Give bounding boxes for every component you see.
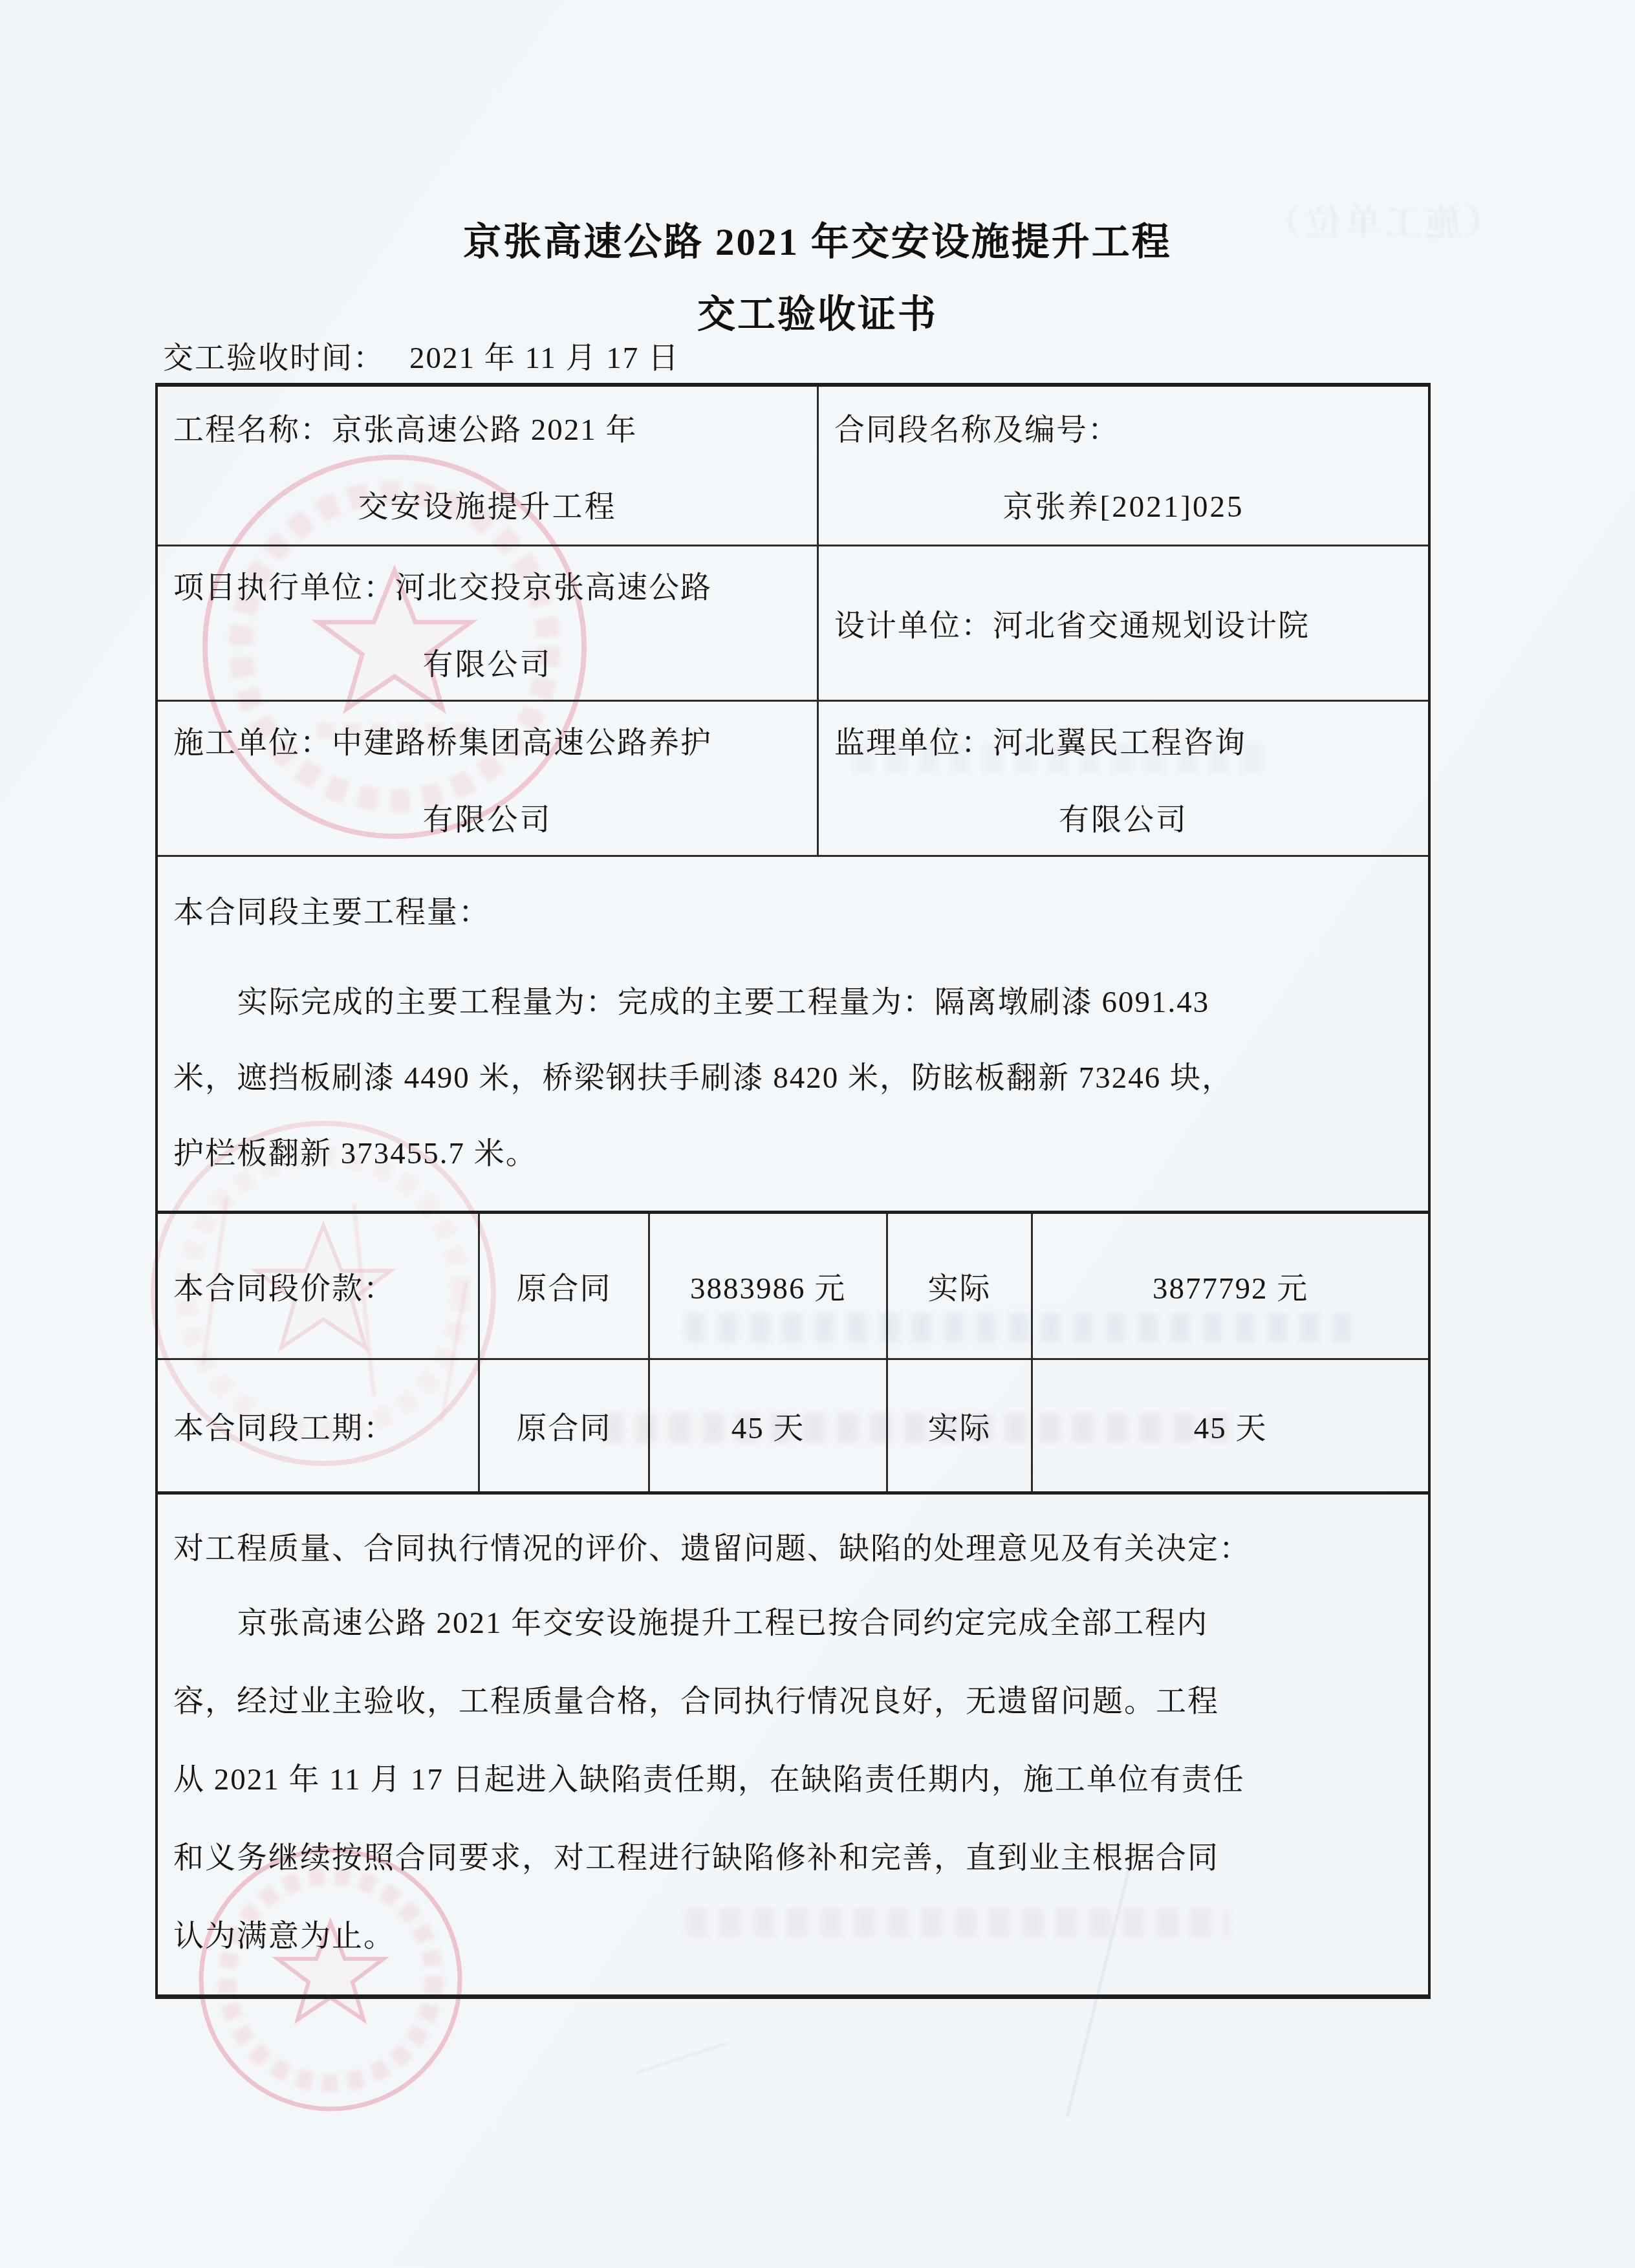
table-row-quantities: 本合同段主要工程量： 实际完成的主要工程量为：完成的主要工程量为：隔离墩刷漆 6… — [158, 855, 1428, 1211]
scanned-certificate-page: （施工单位） 京张高速公路 2021 年交安设施提升工程 交工验收证书 交工验收… — [0, 0, 1635, 2268]
duration-label-cell: 本合同段工期： — [158, 1360, 480, 1491]
evaluation-paragraph: 京张高速公路 2021 年交安设施提升工程已按合同约定完成全部工程内 容，经过业… — [173, 1584, 1411, 1976]
contract-section-label: 合同段名称及编号： — [819, 405, 1428, 449]
price-original-value-cell: 3883986 元 — [650, 1214, 888, 1358]
evaluation-line: 京张高速公路 2021 年交安设施提升工程已按合同约定完成全部工程内 — [173, 1584, 1411, 1663]
price-actual-label-cell: 实际 — [888, 1214, 1033, 1358]
quantities-line: 护栏板翻新 373455.7 米。 — [173, 1116, 1410, 1192]
evaluation-line: 认为满意为止。 — [173, 1897, 1411, 1976]
price-label-cell: 本合同段价款： — [158, 1214, 480, 1358]
evaluation-line: 容，经过业主验收，工程质量合格，合同执行情况良好，无遗留问题。工程 — [173, 1663, 1411, 1741]
certificate-table: 工程名称：京张高速公路 2021 年 交安设施提升工程 合同段名称及编号： 京张… — [155, 383, 1431, 1999]
table-row-price: 本合同段价款： 原合同 3883986 元 实际 3877792 元 — [158, 1211, 1428, 1358]
duration-actual-label-cell: 实际 — [888, 1360, 1033, 1491]
contract-section-cell: 合同段名称及编号： 京张养[2021]025 — [819, 387, 1428, 545]
executing-unit-line2: 有限公司 — [158, 640, 817, 684]
construction-unit-line1: 施工单位：中建路桥集团高速公路养护 — [158, 718, 817, 762]
table-row-duration: 本合同段工期： 原合同 45 天 实际 45 天 — [158, 1358, 1428, 1491]
quantities-label: 本合同段主要工程量： — [173, 888, 1410, 931]
table-row-executor: 项目执行单位：河北交投京张高速公路 有限公司 设计单位：河北省交通规划设计院 — [158, 545, 1428, 700]
table-row-contractor: 施工单位：中建路桥集团高速公路养护 有限公司 监理单位：河北翼民工程咨询 有限公… — [158, 700, 1428, 855]
executing-unit-cell: 项目执行单位：河北交投京张高速公路 有限公司 — [158, 546, 819, 700]
contract-section-number: 京张养[2021]025 — [819, 482, 1428, 526]
duration-original-label-cell: 原合同 — [480, 1360, 650, 1491]
project-name-cell: 工程名称：京张高速公路 2021 年 交安设施提升工程 — [158, 387, 819, 545]
executing-unit-line1: 项目执行单位：河北交投京张高速公路 — [158, 563, 817, 607]
price-actual-value-cell: 3877792 元 — [1033, 1214, 1428, 1358]
price-original-label-cell: 原合同 — [480, 1214, 650, 1358]
quantities-paragraph: 实际完成的主要工程量为：完成的主要工程量为：隔离墩刷漆 6091.43 米，遮挡… — [173, 965, 1410, 1192]
document-title: 京张高速公路 2021 年交安设施提升工程 交工验收证书 — [0, 206, 1635, 351]
document-title-line1: 京张高速公路 2021 年交安设施提升工程 — [0, 206, 1635, 278]
duration-original-value-cell: 45 天 — [650, 1360, 888, 1491]
supervision-unit-line2: 有限公司 — [819, 795, 1428, 839]
design-unit-cell: 设计单位：河北省交通规划设计院 — [819, 546, 1428, 700]
construction-unit-cell: 施工单位：中建路桥集团高速公路养护 有限公司 — [158, 702, 819, 855]
project-name-line1: 工程名称：京张高速公路 2021 年 — [158, 405, 817, 449]
supervision-unit-cell: 监理单位：河北翼民工程咨询 有限公司 — [819, 702, 1428, 855]
evaluation-cell: 对工程质量、合同执行情况的评价、遗留问题、缺陷的处理意见及有关决定： 京张高速公… — [158, 1495, 1428, 1994]
evaluation-header: 对工程质量、合同执行情况的评价、遗留问题、缺陷的处理意见及有关决定： — [173, 1524, 1411, 1568]
evaluation-line: 从 2021 年 11 月 17 日起进入缺陷责任期，在缺陷责任期内，施工单位有… — [173, 1741, 1411, 1819]
table-row-project: 工程名称：京张高速公路 2021 年 交安设施提升工程 合同段名称及编号： 京张… — [158, 387, 1428, 545]
acceptance-time-value: 2021 年 11 月 17 日 — [409, 341, 680, 375]
evaluation-line: 和义务继续按照合同要求，对工程进行缺陷修补和完善，直到业主根据合同 — [173, 1819, 1411, 1897]
project-name-line2: 交安设施提升工程 — [158, 482, 817, 526]
acceptance-time-label: 交工验收时间： — [163, 341, 385, 375]
supervision-unit-line1: 监理单位：河北翼民工程咨询 — [819, 718, 1428, 762]
acceptance-time-line: 交工验收时间：2021 年 11 月 17 日 — [163, 334, 680, 377]
construction-unit-line2: 有限公司 — [158, 795, 817, 839]
duration-actual-value-cell: 45 天 — [1033, 1360, 1428, 1491]
quantities-line: 米，遮挡板刷漆 4490 米，桥梁钢扶手刷漆 8420 米，防眩板翻新 7324… — [173, 1041, 1410, 1116]
quantities-line: 实际完成的主要工程量为：完成的主要工程量为：隔离墩刷漆 6091.43 — [173, 965, 1410, 1041]
quantities-cell: 本合同段主要工程量： 实际完成的主要工程量为：完成的主要工程量为：隔离墩刷漆 6… — [158, 857, 1428, 1211]
document-content: 京张高速公路 2021 年交安设施提升工程 交工验收证书 交工验收时间：2021… — [0, 0, 1635, 2268]
table-row-evaluation: 对工程质量、合同执行情况的评价、遗留问题、缺陷的处理意见及有关决定： 京张高速公… — [158, 1491, 1428, 1994]
